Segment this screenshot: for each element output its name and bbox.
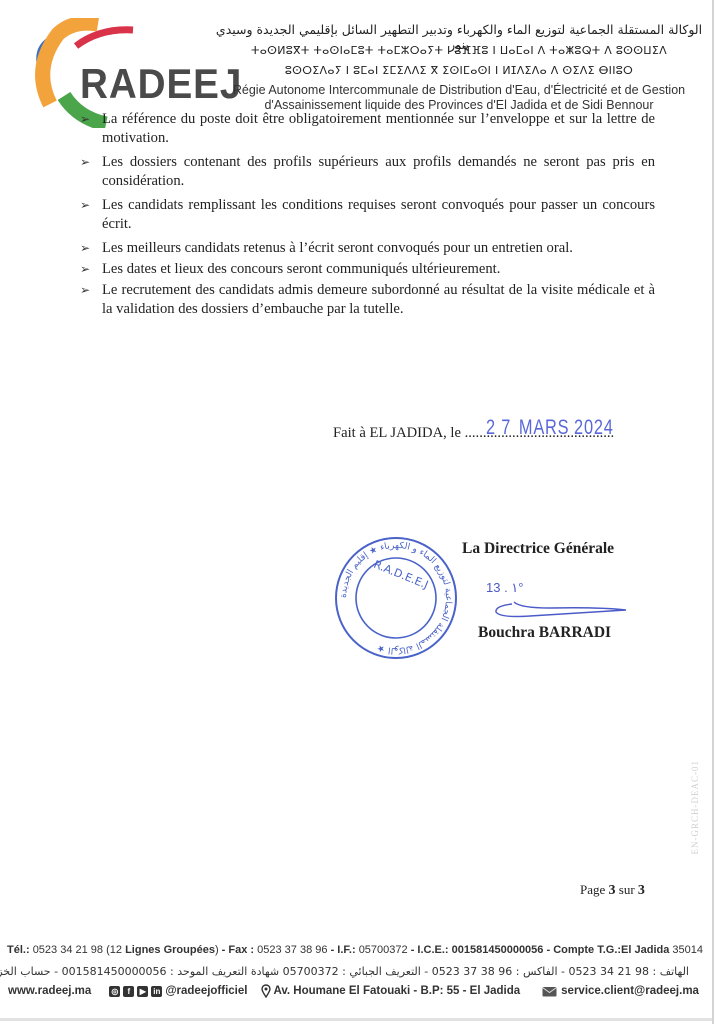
list-item: ➢Les candidats remplissant les condition… <box>80 196 655 234</box>
address: Av. Houmane El Fatouaki - B.P: 55 - El J… <box>261 984 520 998</box>
email: service.client@radeej.ma <box>542 985 699 997</box>
list-item: ➢Les dossiers contenant des profils supé… <box>80 153 655 191</box>
header-french-line-1: Régie Autonome Intercommunale de Distrib… <box>210 83 708 97</box>
list-item: ➢La référence du poste doit être obligat… <box>80 110 655 148</box>
youtube-icon[interactable]: ▶ <box>137 986 148 997</box>
email-link[interactable]: service.client@radeej.ma <box>561 985 699 997</box>
arrowhead-bullet-icon: ➢ <box>80 239 90 258</box>
signatory-name: Bouchra BARRADI <box>478 624 611 642</box>
arrowhead-bullet-icon: ➢ <box>80 196 90 215</box>
header-tifinagh-line-2: ⵓⵙⵔⵉⴷⴰⵢ ⵏ ⵓⵎⴰⵏ ⵉⵎⵉⴷⴷⵉ ⴳ ⵉⵙⵏⵎⴰⵙⵏ ⵏ ⵍⵊⴷⵉⴷⴰ… <box>210 64 708 77</box>
list-item: ➢Le recrutement des candidats admis deme… <box>80 281 655 319</box>
envelope-icon <box>542 986 557 997</box>
facebook-icon[interactable]: f <box>123 986 134 997</box>
place-text: Fait à EL JADIDA, le <box>333 425 461 441</box>
arrowhead-bullet-icon: ➢ <box>80 153 90 172</box>
conditions-list: ➢La référence du poste doit être obligat… <box>80 110 655 324</box>
social-icons: ◎ f ▶ in <box>109 986 162 997</box>
page-edge <box>712 0 714 1024</box>
footer-contact-line: Tél.: 0523 34 21 98 (12 Lignes Groupées)… <box>7 944 703 956</box>
svg-text:R.A.D.E.E.J: R.A.D.E.E.J <box>372 558 430 592</box>
arrowhead-bullet-icon: ➢ <box>80 260 90 279</box>
footer-rule <box>0 1018 712 1021</box>
footer-arabic-line: الهاتف : 98 21 34 0523 - الفاكس : 96 38 … <box>7 965 689 978</box>
instagram-icon[interactable]: ◎ <box>109 986 120 997</box>
signatory-title: La Directrice Générale <box>462 540 614 558</box>
linkedin-icon[interactable]: in <box>151 986 162 997</box>
list-item: ➢Les meilleurs candidats retenus à l’écr… <box>80 239 655 258</box>
footer-links-line: www.radeej.ma ◎ f ▶ in @radeejofficiel A… <box>5 984 689 998</box>
handwritten-note: 13 . ١° <box>486 580 523 596</box>
document-reference: EN-GRCH-DEAC-01 <box>690 760 700 855</box>
official-stamp-icon: الوكالة المستقلة الجماعية لتوزيع الماء و… <box>333 528 459 668</box>
arrowhead-bullet-icon: ➢ <box>80 281 90 300</box>
signature-icon <box>490 598 630 622</box>
header-tifinagh-line-1: ⵜⴰⵙⵍⵓⴳⵜ ⵜⴰⵙⵏⴰⵎⵓⵜ ⵜⴰⵎⵣⵔⴰⵢⵜ ⵏ ⵓⴼⴼⵓ ⵏ ⵡⴰⵎⴰⵏ… <box>210 44 708 57</box>
social-handle-link[interactable]: @radeejofficiel <box>165 985 247 997</box>
location-pin-icon <box>261 984 271 998</box>
date-stamp: 2 7MARS2024 <box>486 416 614 440</box>
list-item: ➢Les dates et lieux des concours seront … <box>80 260 655 279</box>
website-link[interactable]: www.radeej.ma <box>8 985 91 997</box>
arrowhead-bullet-icon: ➢ <box>80 110 90 129</box>
page-number: Page 3 sur 3 <box>580 882 645 899</box>
